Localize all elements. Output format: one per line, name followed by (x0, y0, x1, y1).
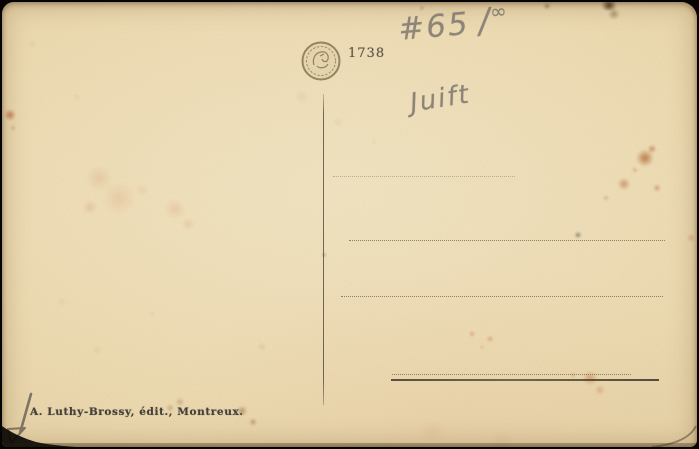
address-line-1 (333, 176, 515, 177)
pencil-check-mark (2, 387, 82, 447)
postcard-back: 1738 #65/∞ Juift A. Luthy-Brossy, édit.,… (2, 2, 697, 447)
address-line-4-solid (391, 379, 659, 381)
print-layer: 1738 #65/∞ Juift A. Luthy-Brossy, édit.,… (2, 2, 697, 447)
address-line-3 (341, 296, 663, 297)
handwritten-number-main: #65 (397, 6, 471, 48)
address-line-4-dotted (392, 374, 631, 375)
publisher-seal-icon (299, 39, 343, 83)
handwritten-word: Juift (408, 79, 473, 118)
seal-number: 1738 (348, 46, 385, 61)
address-divider-line (323, 94, 324, 405)
handwritten-number-superscript: ∞ (489, 2, 508, 24)
handwritten-number-annotation: #65/∞ (397, 2, 560, 49)
scanned-postcard-image: { "card": { "seal_number": "1738", "publ… (0, 0, 699, 449)
address-line-2 (349, 240, 665, 241)
